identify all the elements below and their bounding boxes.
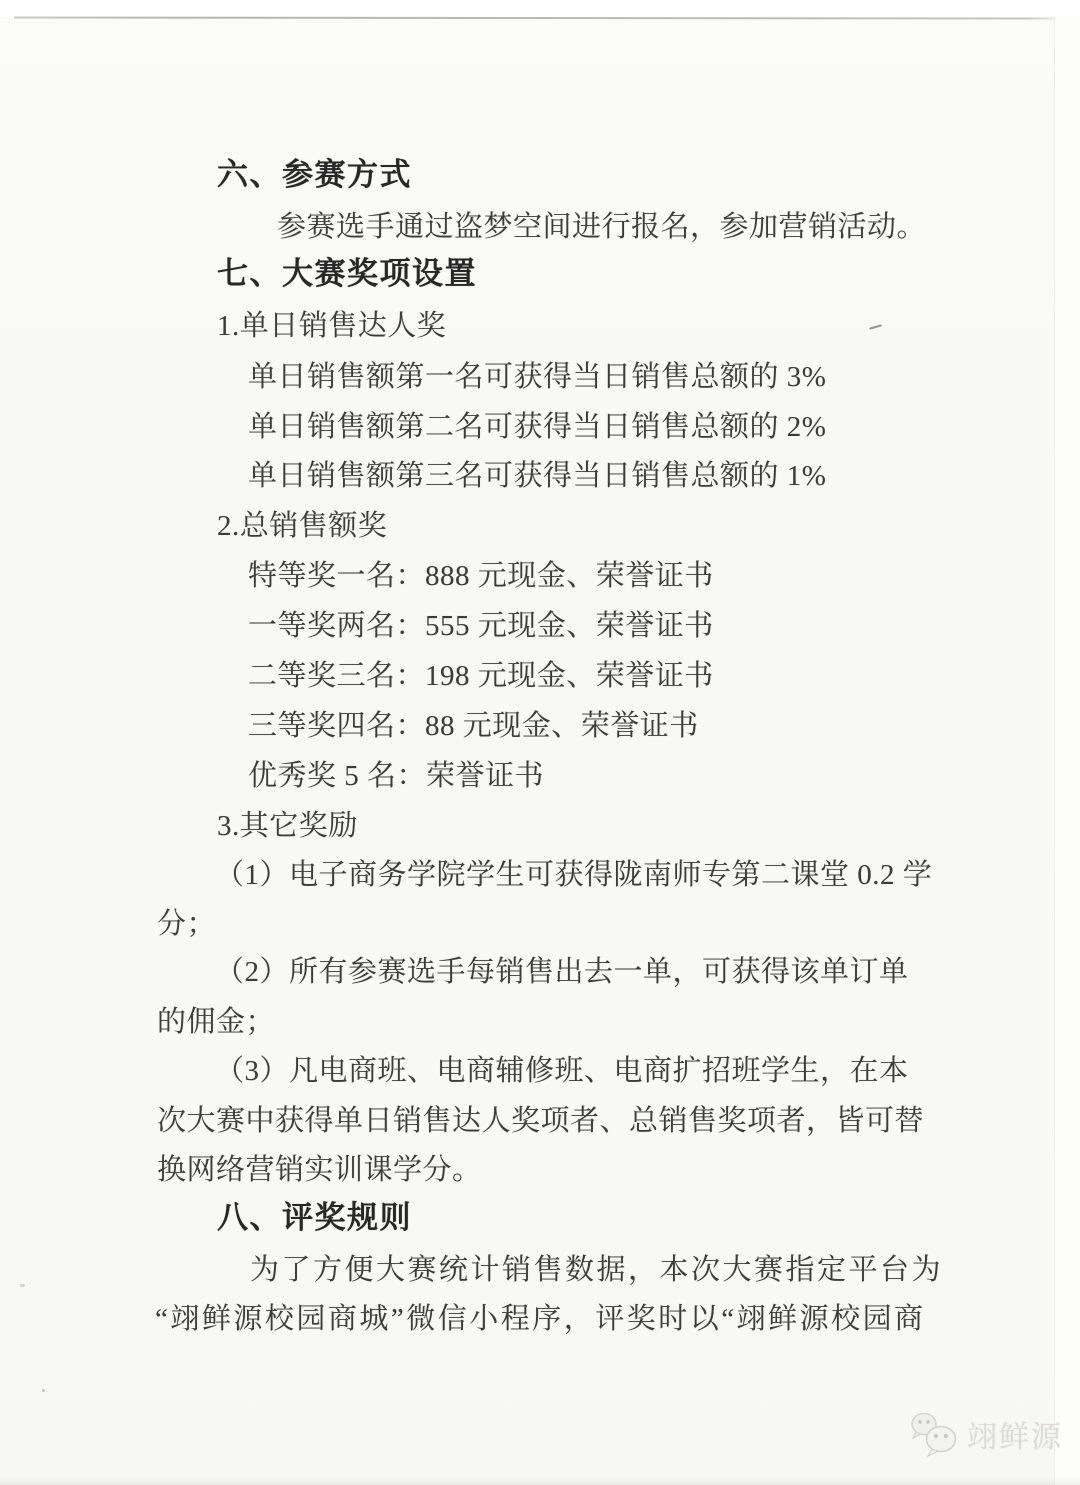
daily-rank-2-line: 单日销售额第二名可获得当日销售总额的 2% [248,410,826,444]
scan-tick-artifact [869,324,882,330]
daily-rank-3-line: 单日销售额第三名可获得当日销售总额的 1% [248,459,826,493]
para-judging-line-1: 为了方便大赛统计销售数据，本次大赛指定平台为 [250,1253,943,1287]
wechat-icon [908,1410,960,1458]
reward-1-line-1: （1）电子商务学院学生可获得陇南师专第二课堂 0.2 学 [215,858,932,892]
scan-edge-top-line [14,16,1056,19]
reward-3-line-1: （3）凡电商班、电商辅修班、电商扩招班学生，在本 [215,1054,909,1088]
award-tier-special-line: 特等奖一名：888 元现金、荣誉证书 [248,559,714,593]
heading-award-setup: 七、大赛奖项设置 [217,257,477,291]
reward-1-line-2: 分； [157,907,216,941]
reward-3-line-2: 次大赛中获得单日销售达人奖项者、总销售奖项者，皆可替 [157,1104,924,1138]
award-tier-second-line: 二等奖三名：198 元现金、荣誉证书 [248,659,714,693]
daily-rank-1-line: 单日销售额第一名可获得当日销售总额的 3% [248,360,826,394]
reward-3-line-3: 换网络营销实训课学分。 [157,1153,482,1187]
scan-speck [42,1389,45,1392]
award-tier-first-line: 一等奖两名：555 元现金、荣誉证书 [248,609,714,643]
heading-judging-rules: 八、评奖规则 [217,1201,412,1235]
heading-entry-method: 六、参赛方式 [217,158,412,192]
item-total-sales-award: 2.总销售额奖 [217,509,387,543]
brand-watermark-label: 翊鲜源 [967,1412,1063,1456]
scanned-document-page: 六、参赛方式 参赛选手通过盗梦空间进行报名，参加营销活动。 七、大赛奖项设置 1… [0,0,1080,1485]
item-daily-sales-award: 1.单日销售达人奖 [217,309,446,343]
award-tier-third-line: 三等奖四名：88 元现金、荣誉证书 [248,709,699,743]
scan-edge-bottom-shadow [0,1477,1080,1485]
scan-edge-right-strip [1054,19,1080,1485]
brand-watermark: 翊鲜源 [908,1410,1063,1458]
para-entry-method: 参赛选手通过盗梦空间进行报名，参加营销活动。 [277,210,926,244]
para-judging-line-2: “翊鲜源校园商城”微信小程序，评奖时以“翊鲜源校园商 [155,1302,926,1336]
reward-2-line-1: （2）所有参赛选手每销售出去一单，可获得该单订单 [215,955,909,989]
reward-2-line-2: 的佣金； [157,1005,275,1039]
scan-speck [20,1284,25,1287]
scan-edge-top-strip [0,0,1080,17]
award-tier-merit-line: 优秀奖 5 名：荣誉证书 [248,759,544,793]
item-other-rewards: 3.其它奖励 [217,809,358,843]
